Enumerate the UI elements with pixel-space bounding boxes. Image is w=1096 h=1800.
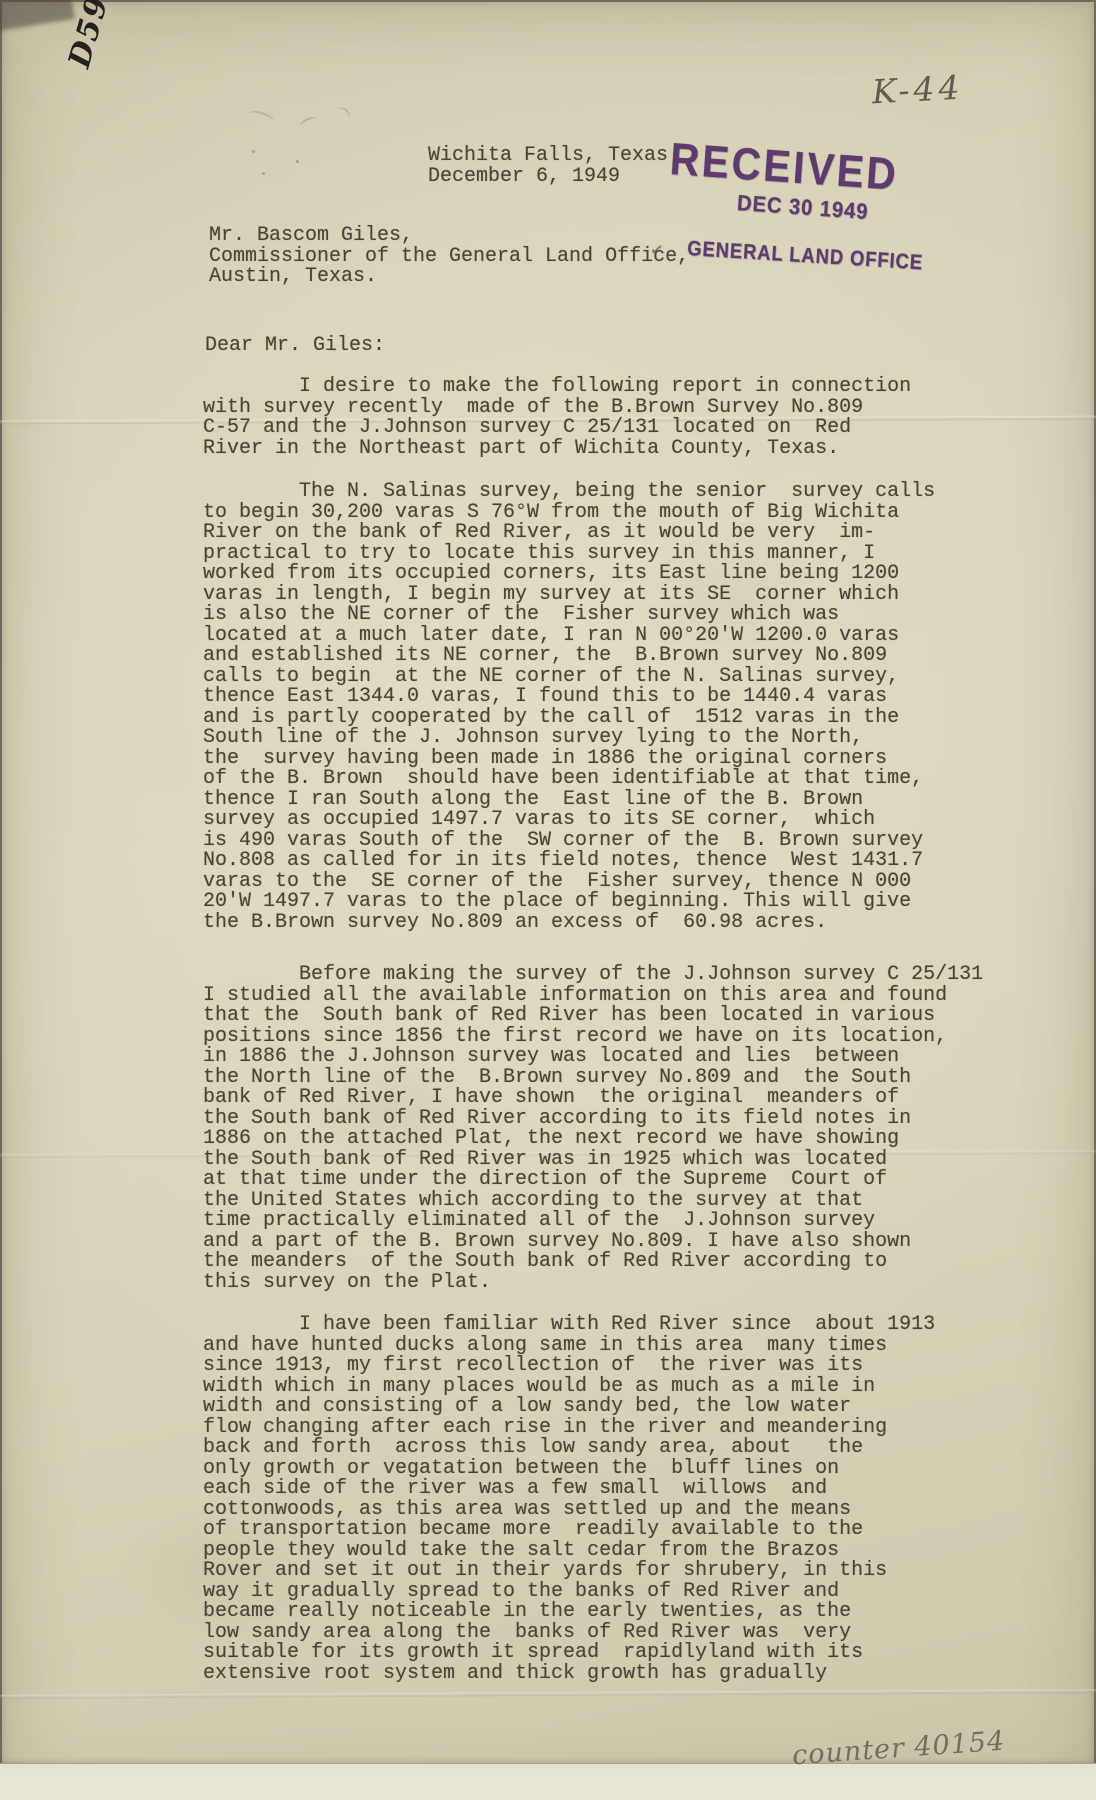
letter-paragraph-4: I have been familiar with Red River sinc… — [203, 1315, 935, 1684]
recipient-address-block: Mr. Bascom Giles, Commissioner of the Ge… — [209, 226, 689, 288]
ink-speck — [262, 172, 265, 175]
handwritten-index-mark: K-44 — [871, 68, 964, 112]
ink-speck — [252, 150, 255, 153]
letter-paragraph-3: Before making the survey of the J.Johnso… — [203, 965, 983, 1293]
ink-speck — [296, 160, 299, 163]
letter-paragraph-1: I desire to make the following report in… — [203, 377, 911, 459]
dateline-date: December 6, 1949 — [428, 165, 620, 188]
scanned-letter-page: D59b K-44 counter 40154 RECEIVED DEC 30 … — [0, 0, 1096, 1800]
backing-paper-edge — [0, 1763, 1096, 1800]
salutation: Dear Mr. Giles: — [205, 336, 385, 357]
letter-paragraph-2: The N. Salinas survey, being the senior … — [203, 482, 935, 933]
letter-dateline: Wichita Falls, TexasDecember 6, 1949 — [428, 146, 668, 187]
